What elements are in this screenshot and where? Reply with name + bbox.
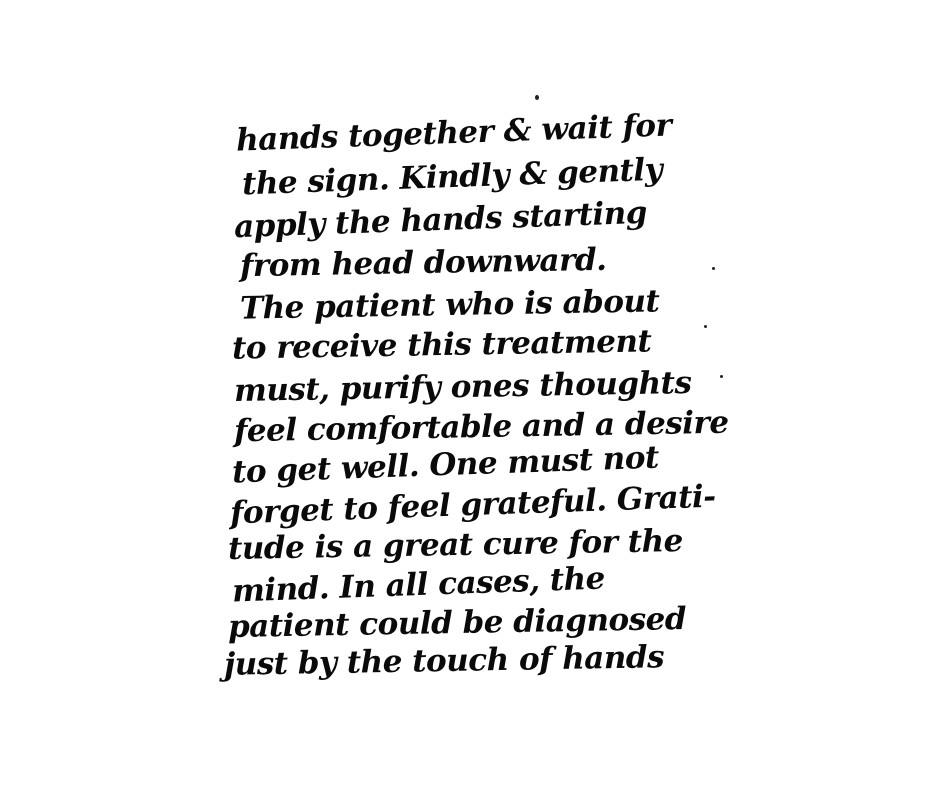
handwritten-line: hands together & wait for [236, 110, 672, 156]
ink-speck [720, 375, 723, 378]
handwritten-line: tude is a great cure for the [228, 526, 683, 565]
handwritten-line: to receive this treatment [232, 326, 652, 364]
handwritten-line: just by the touch of hands [224, 642, 664, 681]
handwritten-line: The patient who is about [240, 286, 660, 324]
ink-speck [712, 267, 715, 270]
handwritten-line: the sign. Kindly & gently [242, 155, 663, 201]
ink-speck [535, 95, 539, 100]
handwritten-line: apply the hands starting [234, 198, 648, 243]
handwritten-line: mind. In all cases, the [232, 564, 606, 608]
handwritten-line: forget to feel grateful. Grati- [230, 482, 717, 530]
handwritten-page: hands together & wait for the sign. Kind… [222, 100, 722, 680]
ink-speck [704, 325, 707, 328]
handwritten-line: patient could be diagnosed [228, 604, 687, 643]
handwritten-line: to get well. One must not [232, 443, 660, 489]
handwritten-line: from head downward. [240, 245, 607, 282]
handwritten-line: must, purify ones thoughts [234, 368, 692, 407]
